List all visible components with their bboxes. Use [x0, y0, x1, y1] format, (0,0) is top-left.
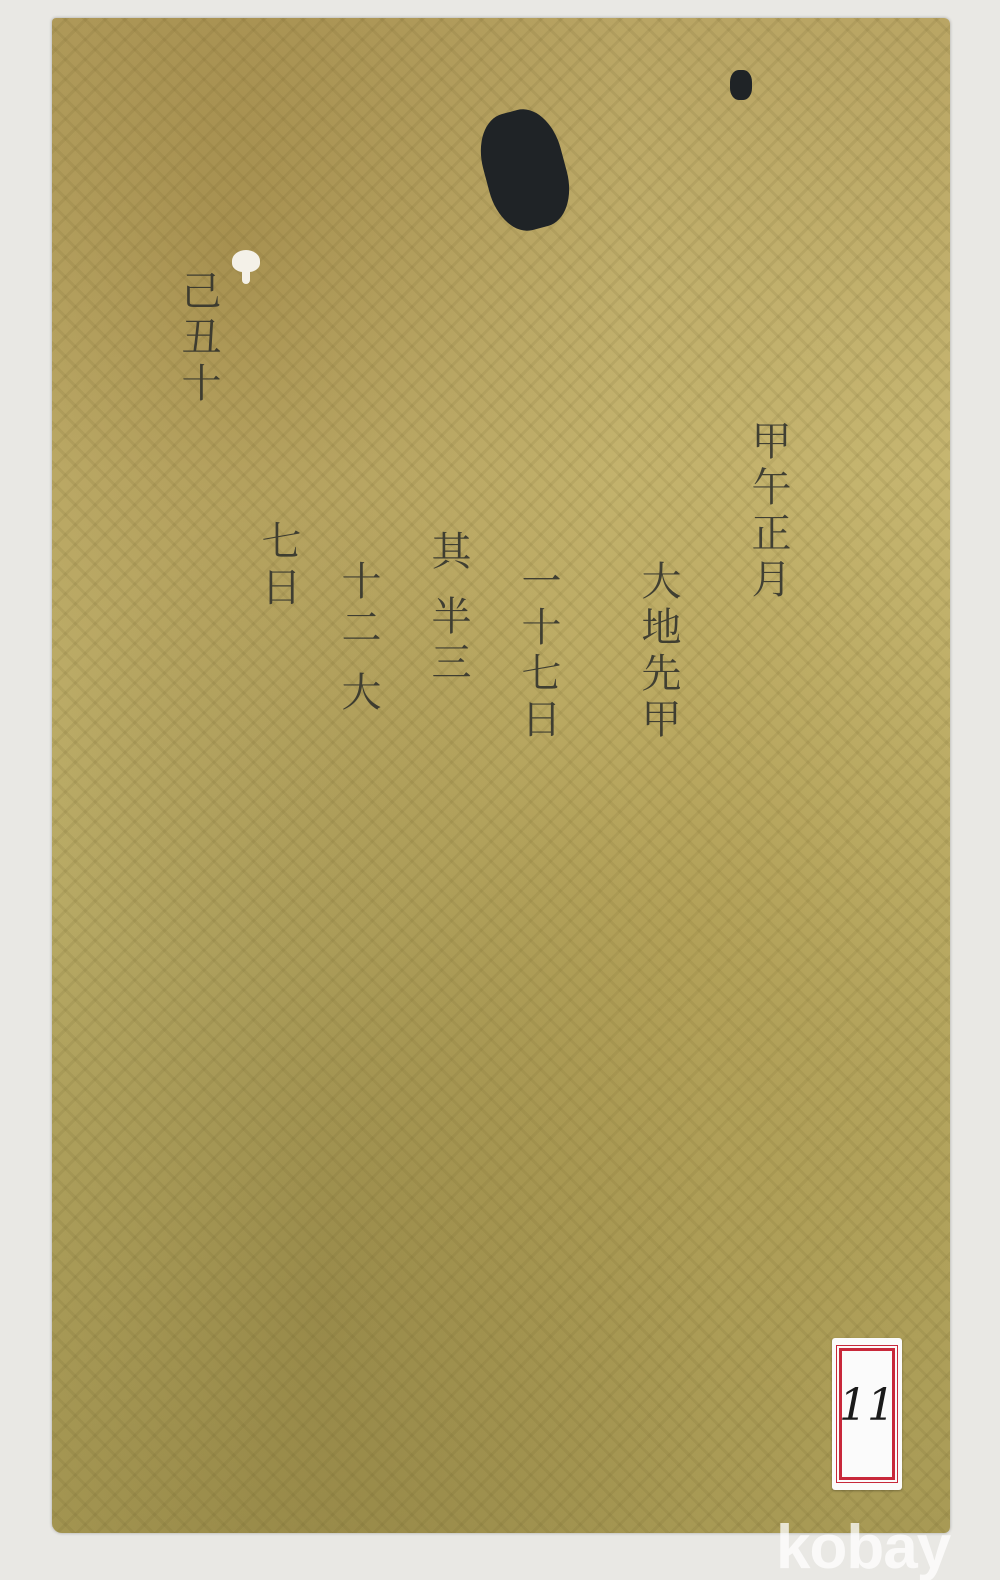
- handwriting-column: 其 半三: [420, 530, 477, 687]
- watermark: kobay: [776, 1512, 950, 1580]
- paper-hole: [232, 250, 260, 272]
- manuscript-cover: [52, 18, 950, 1533]
- handwriting-column: 己丑十: [170, 270, 227, 408]
- label-number: 11: [832, 1380, 902, 1431]
- handwriting-column: 一十七日: [510, 560, 567, 744]
- handwriting-column: 大地先甲: [630, 560, 687, 744]
- inventory-label: 11: [832, 1338, 902, 1490]
- handwriting-column: 甲午正月: [740, 420, 797, 604]
- handwriting-column: 十二 大: [330, 560, 387, 717]
- handwriting-column: 七日: [250, 520, 307, 612]
- ink-blot: [730, 70, 752, 100]
